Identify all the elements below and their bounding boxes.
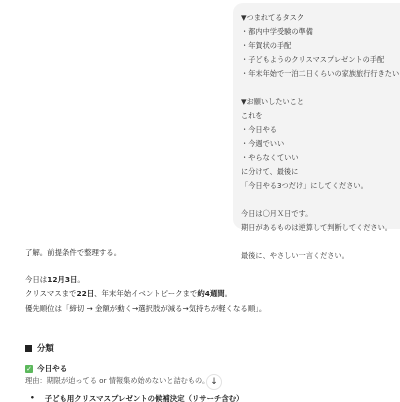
subsection-heading: ✓ 今日やる [25, 363, 67, 374]
user-line: ・年賀状の手配 [241, 39, 400, 53]
scroll-down-button[interactable]: ↓ [206, 374, 222, 390]
user-line: 「今日やる3つだけ」にしてください。 [241, 179, 400, 193]
user-line: に分けて、最後に [241, 165, 400, 179]
text: 今日は [25, 275, 47, 284]
user-line [241, 193, 400, 207]
subsection-title: 今日やる [37, 363, 67, 374]
bullet-icon: • [30, 393, 35, 402]
user-line: ▼つまれてるタスク [241, 11, 400, 25]
list-item: • 子ども用クリスマスプレゼントの候補決定（リサーチ含む） [30, 393, 244, 402]
user-line [241, 81, 400, 95]
assistant-intro: 了解。前提条件で整理する。 [25, 246, 385, 261]
text: クリスマスまで [25, 289, 76, 298]
user-line: ・今週でいい [241, 137, 400, 151]
today-line: 今日は12月3日。 [25, 273, 385, 288]
text: 、年末年始イベントピークまで [94, 289, 197, 298]
black-square-icon [25, 345, 32, 352]
user-line: ・都内中学受験の準備 [241, 25, 400, 39]
countdown-line: クリスマスまで22日、年末年始イベントピークまで約4週間。 [25, 287, 385, 302]
text: 。 [77, 275, 84, 284]
user-line: 期日があるものは逆算して判断してください。 [241, 221, 400, 235]
section-heading: 分類 [25, 342, 54, 354]
text: 。 [225, 289, 232, 298]
days-to-christmas: 22日 [76, 289, 94, 298]
user-line: ・やらなくていい [241, 151, 400, 165]
priority-line: 優先順位は「締切 → 金額が動く→選択肢が減る→気持ちが軽くなる順」。 [25, 302, 385, 317]
today-date: 12月3日 [47, 275, 77, 284]
check-icon: ✓ [25, 365, 33, 373]
user-line: これを [241, 109, 400, 123]
assistant-message: 了解。前提条件で整理する。 今日は12月3日。 クリスマスまで22日、年末年始イ… [25, 246, 385, 316]
list-item-text: 子ども用クリスマスプレゼントの候補決定（リサーチ含む） [45, 393, 244, 402]
weeks-to-peak: 約4週間 [197, 289, 224, 298]
user-line: ・子どもようのクリスマスプレゼントの手配 [241, 53, 400, 67]
user-line: ▼お願いしたいこと [241, 95, 400, 109]
user-message-bubble: ▼つまれてるタスク ・都内中学受験の準備 ・年賀状の手配 ・子どもようのクリスマ… [233, 3, 400, 229]
user-line: ・年末年始で一泊二日くらいの家族旅行行きたい [241, 67, 400, 81]
user-line: 今日は〇月Ｘ日です。 [241, 207, 400, 221]
reason-text: 理由：期限が迫ってる or 情報集め始めないと詰むもの。 [25, 376, 209, 386]
user-line: ・今日やる [241, 123, 400, 137]
section-title: 分類 [37, 342, 54, 354]
